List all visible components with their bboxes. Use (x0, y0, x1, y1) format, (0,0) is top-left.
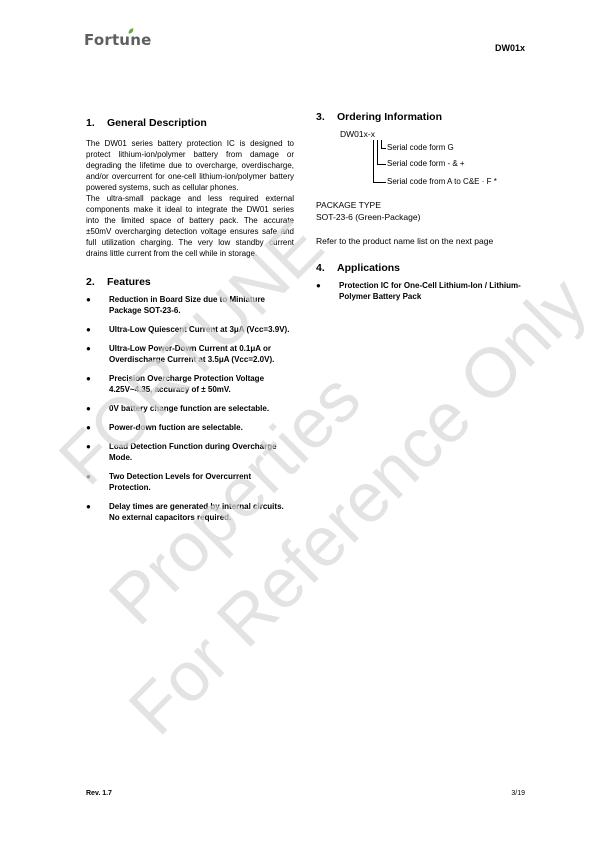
tree-line (373, 182, 386, 183)
left-column: 1. General Description The DW01 series b… (86, 118, 294, 531)
list-item: ●Power-down fuction are selectable. (86, 422, 294, 433)
feature-text: Reduction in Board Size due to Miniature… (109, 295, 265, 315)
description-paragraph: The ultra-small package and less require… (86, 193, 294, 259)
document-id: DW01x (495, 43, 525, 53)
page-number: 3/19 (511, 790, 525, 797)
feature-text: 0V battery change function are selectabl… (109, 404, 269, 413)
feature-text: Ultra-Low Power-Down Current at 0.1μA or… (109, 344, 274, 364)
tree-line (373, 140, 374, 182)
serial-code-label: Serial code from A to C&E · F * (387, 176, 497, 187)
list-item: ●Precision Overcharge Protection Voltage… (86, 373, 294, 395)
list-item: ●Ultra-Low Quiescent Current at 3μA (Vcc… (86, 324, 294, 335)
list-item: ●Delay times are generated by internal c… (86, 501, 294, 523)
section-title: General Description (107, 118, 207, 129)
tree-line (377, 140, 378, 164)
section-heading-features: 2. Features (86, 277, 294, 288)
section-title: Applications (337, 263, 400, 274)
section-heading-ordering-information: 3. Ordering Information (316, 112, 546, 123)
section-number: 2. (86, 277, 107, 288)
list-item: ●Reduction in Board Size due to Miniatur… (86, 294, 294, 316)
feature-text: Delay times are generated by internal ci… (109, 502, 284, 522)
description-paragraph: The DW01 series battery protection IC is… (86, 138, 294, 193)
list-item: ●Ultra-Low Power-Down Current at 0.1μA o… (86, 343, 294, 365)
bullet-icon: ● (86, 373, 91, 384)
right-column: 3. Ordering Information DW01x-x Serial c… (316, 112, 546, 310)
serial-code-label: Serial code form G (387, 142, 454, 153)
logo-text: Fortune (84, 31, 151, 49)
bullet-icon: ● (86, 343, 91, 354)
section-heading-applications: 4. Applications (316, 263, 546, 274)
list-item: ●Load Detection Function during Overchar… (86, 441, 294, 463)
feature-text: Power-down fuction are selectable. (109, 423, 243, 432)
revision-label: Rev. 1.7 (86, 790, 112, 797)
package-type-value: SOT-23-6 (Green-Package) (316, 211, 546, 223)
tree-line (381, 140, 382, 148)
part-number: DW01x-x (340, 129, 375, 140)
list-item: ●0V battery change function are selectab… (86, 403, 294, 414)
feature-text: Two Detection Levels for Overcurrent Pro… (109, 472, 251, 492)
package-type-label: PACKAGE TYPE (316, 199, 546, 211)
bullet-icon: ● (86, 324, 91, 335)
ordering-diagram: DW01x-x Serial code form G Serial code f… (316, 129, 546, 199)
section-number: 3. (316, 112, 337, 123)
feature-text: Precision Overcharge Protection Voltage … (109, 374, 264, 394)
bullet-icon: ● (86, 294, 91, 305)
company-logo: Fortune (84, 33, 151, 48)
serial-code-label: Serial code form - & + (387, 158, 465, 169)
section-title: Features (107, 277, 151, 288)
section-heading-general-description: 1. General Description (86, 118, 294, 129)
bullet-icon: ● (86, 422, 91, 433)
feature-text: Ultra-Low Quiescent Current at 3μA (Vcc=… (109, 325, 289, 334)
list-item: ●Two Detection Levels for Overcurrent Pr… (86, 471, 294, 493)
section-number: 4. (316, 263, 337, 274)
features-list: ●Reduction in Board Size due to Miniatur… (86, 294, 294, 523)
tree-line (381, 148, 386, 149)
application-text: Protection IC for One-Cell Lithium-Ion /… (339, 281, 521, 301)
bullet-icon: ● (316, 280, 321, 291)
section-title: Ordering Information (337, 112, 442, 123)
ordering-note: Refer to the product name list on the ne… (316, 235, 546, 247)
bullet-icon: ● (86, 501, 91, 512)
bullet-icon: ● (86, 403, 91, 414)
bullet-icon: ● (86, 471, 91, 482)
bullet-icon: ● (86, 441, 91, 452)
feature-text: Load Detection Function during Overcharg… (109, 442, 277, 462)
section-number: 1. (86, 118, 107, 129)
tree-line (377, 164, 386, 165)
applications-list: ●Protection IC for One-Cell Lithium-Ion … (316, 280, 526, 302)
list-item: ●Protection IC for One-Cell Lithium-Ion … (316, 280, 526, 302)
